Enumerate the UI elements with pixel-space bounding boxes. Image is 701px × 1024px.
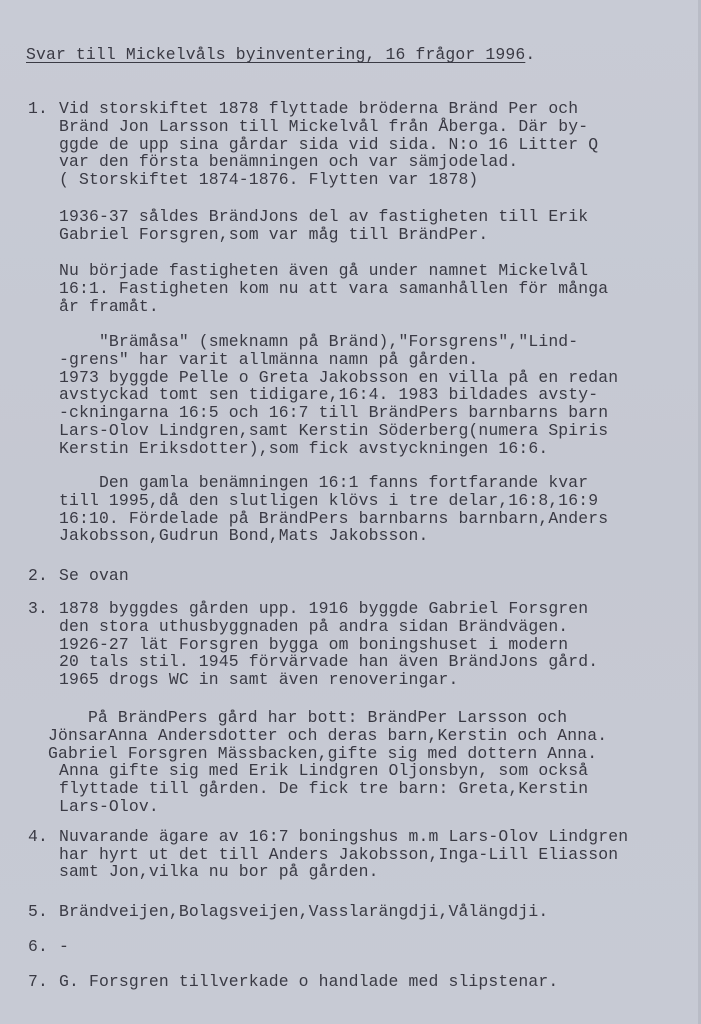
answer-number: 7. (28, 973, 48, 991)
answer-text-line: På BrändPers gård har bott: BrändPer Lar… (48, 709, 567, 727)
answer-number: 4. (28, 828, 48, 846)
answer-text-line: Jakobsson,Gudrun Bond,Mats Jakobsson. (59, 527, 428, 545)
answer-text-line: Se ovan (59, 567, 129, 585)
document-title-period: . (525, 45, 535, 64)
answer-number: 6. (28, 938, 48, 956)
answer-text-line: Nuvarande ägare av 16:7 boningshus m.m L… (59, 828, 628, 846)
answer-text-line: den stora uthusbyggnaden på andra sidan … (59, 618, 568, 636)
answer-text-line: har hyrt ut det till Anders Jakobsson,In… (59, 846, 618, 864)
answer-text-line: Kerstin Eriksdotter),som fick avstycknin… (59, 440, 548, 458)
scanned-document-page: Svar till Mickelvåls byinventering, 16 f… (0, 0, 701, 1024)
answer-text-line: 1973 byggde Pelle o Greta Jakobsson en v… (59, 369, 618, 387)
answer-text-line: Bränd Jon Larsson till Mickelvål från Åb… (59, 118, 588, 136)
answer-text-line: Brändveijen,Bolagsveijen,Vasslarängdji,V… (59, 903, 548, 921)
answer-text-line: 1926-27 lät Forsgren bygga om boningshus… (59, 636, 568, 654)
answer-text-line: samt Jon,vilka nu bor på gården. (59, 863, 379, 881)
answer-text-line: JönsarAnna Andersdotter och deras barn,K… (48, 727, 607, 745)
answer-text-line: flyttade till gården. De fick tre barn: … (59, 780, 588, 798)
answer-text-line: Vid storskiftet 1878 flyttade bröderna B… (59, 100, 578, 118)
answer-number: 3. (28, 600, 48, 618)
answer-number: 1. (28, 100, 48, 118)
answer-text-line: 1936-37 såldes BrändJons del av fastighe… (59, 208, 588, 226)
answer-text-line: avstyckad tomt sen tidigare,16:4. 1983 b… (59, 386, 598, 404)
answer-text-line: till 1995,då den slutligen klövs i tre d… (59, 492, 598, 510)
answer-number: 2. (28, 567, 48, 585)
document-title: Svar till Mickelvåls byinventering, 16 f… (26, 46, 535, 64)
answer-text-line: 1965 drogs WC in samt även renoveringar. (59, 671, 458, 689)
answer-number: 5. (28, 903, 48, 921)
document-title-text: Svar till Mickelvåls byinventering, 16 f… (26, 45, 525, 64)
answer-text-line: ggde de upp sina gårdar sida vid sida. N… (59, 136, 598, 154)
answer-text-line: "Brämåsa" (smeknamn på Bränd),"Forsgrens… (59, 333, 578, 351)
answer-text-line: Den gamla benämningen 16:1 fanns fortfar… (59, 474, 588, 492)
answer-text-line: Gabriel Forsgren,som var måg till BrändP… (59, 226, 488, 244)
answer-text-line: 16:10. Fördelade på BrändPers barnbarns … (59, 510, 608, 528)
answer-text-line: Nu började fastigheten även gå under nam… (59, 262, 588, 280)
answer-text-line: var den första benämningen och var sämjo… (59, 153, 518, 171)
answer-text-line: - (59, 938, 69, 956)
answer-text-line: G. Forsgren tillverkade o handlade med s… (59, 973, 558, 991)
answer-text-line: Lars-Olov. (59, 798, 159, 816)
answer-text-line: 16:1. Fastigheten kom nu att vara samanh… (59, 280, 608, 298)
answer-text-line: Gabriel Forsgren Mässbacken,gifte sig me… (48, 745, 597, 763)
answer-text-line: -grens" har varit allmänna namn på gårde… (59, 351, 478, 369)
answer-text-line: Lars-Olov Lindgren,samt Kerstin Söderber… (59, 422, 608, 440)
answer-text-line: år framåt. (59, 298, 159, 316)
answer-text-line: 1878 byggdes gården upp. 1916 byggde Gab… (59, 600, 588, 618)
answer-text-line: 20 tals stil. 1945 förvärvade han även B… (59, 653, 598, 671)
answer-text-line: Anna gifte sig med Erik Lindgren Oljonsb… (59, 762, 588, 780)
answer-text-line: -ckningarna 16:5 och 16:7 till BrändPers… (59, 404, 608, 422)
answer-text-line: ( Storskiftet 1874-1876. Flytten var 187… (59, 171, 478, 189)
